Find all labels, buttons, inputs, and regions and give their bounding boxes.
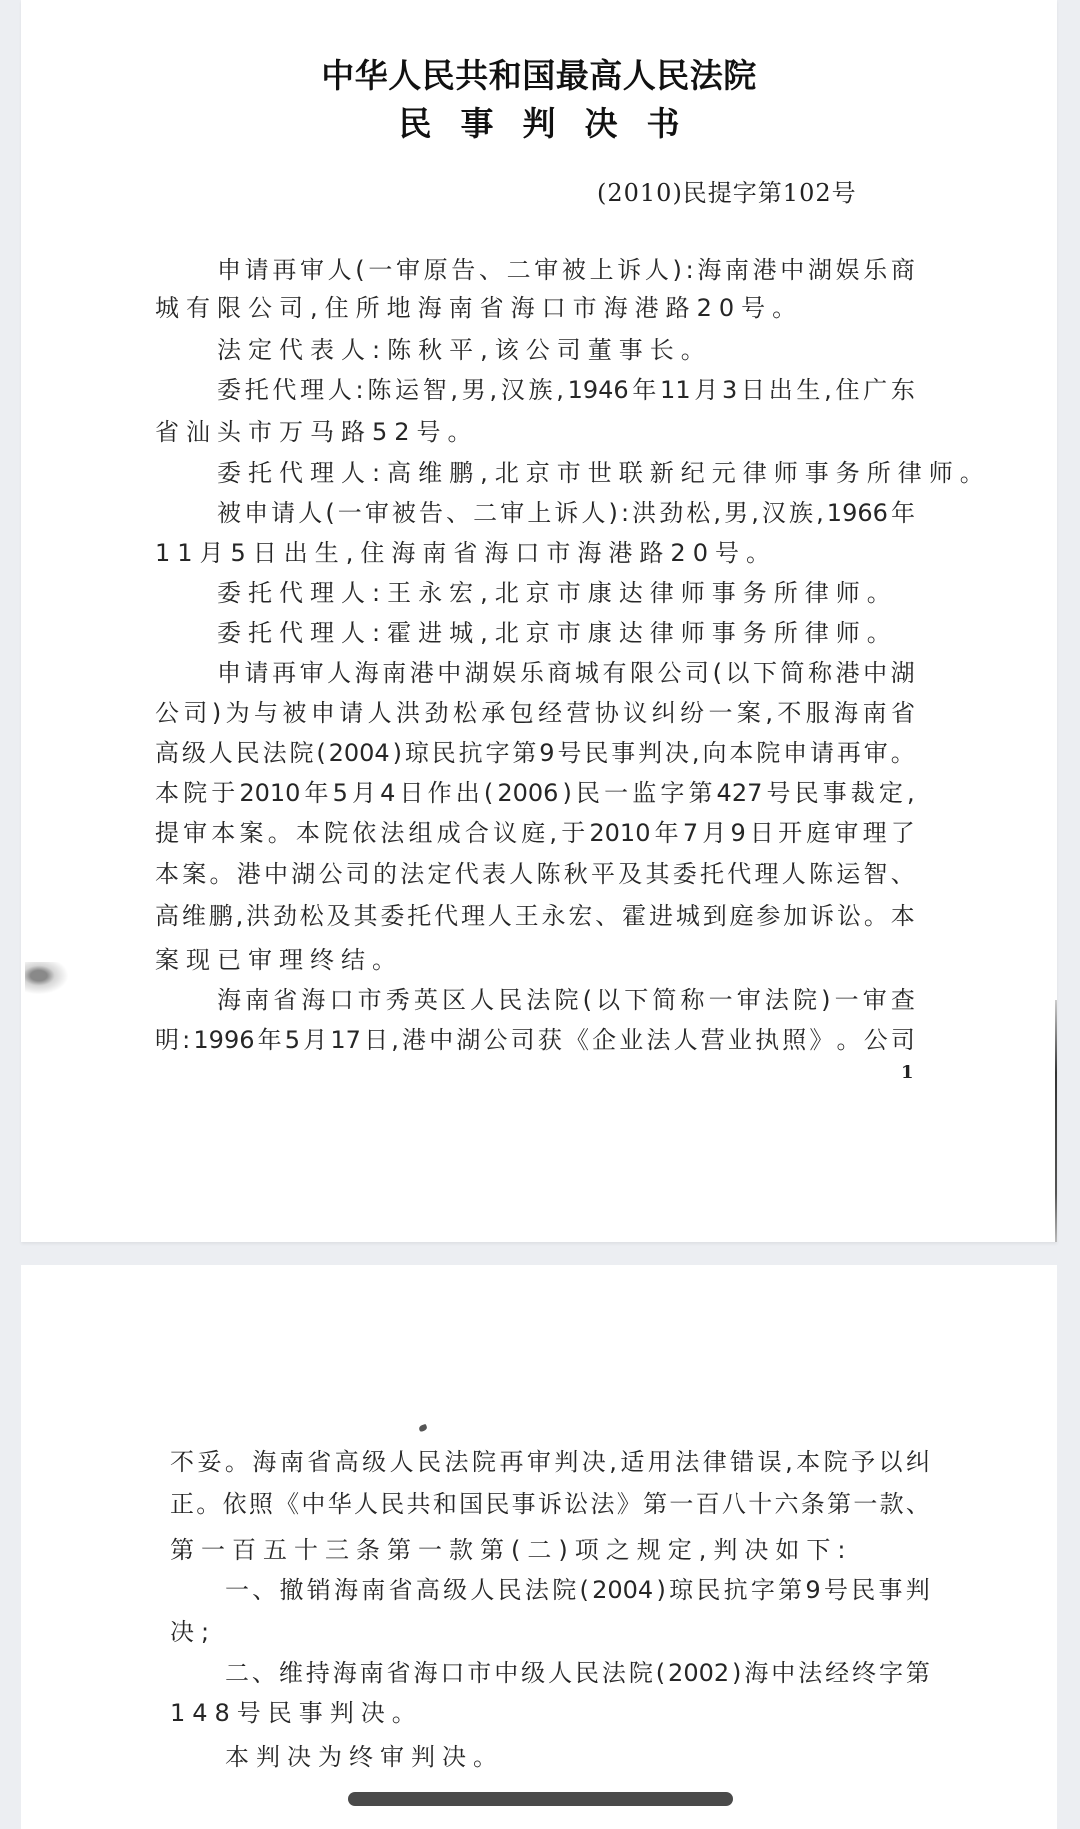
text-line: 海南省海口市秀英区人民法院(以下简称一审法院)一审查 — [217, 986, 915, 1014]
text-line: 被申请人(一审被告、二审上诉人):洪劲松,男,汉族,1966年 — [217, 499, 915, 527]
text-line: 明:1996年5月17日,港中湖公司获《企业法人营业执照》。公司 — [155, 1026, 915, 1054]
text-line: 二、维持海南省海口市中级人民法院(2002)海中法经终字第 — [225, 1659, 930, 1687]
text-line: 本院于2010年5月4日作出(2006)民一监字第427号民事裁定, — [155, 779, 915, 807]
text-line: 案现已审理终结。 — [155, 946, 403, 974]
text-line: 本案。港中湖公司的法定代表人陈秋平及其委托代理人陈运智、 — [155, 860, 915, 888]
case-number: (2010)民提字第102号 — [597, 173, 857, 208]
text-line: 申请再审人海南港中湖娱乐商城有限公司(以下简称港中湖 — [217, 659, 915, 687]
text-line: 委托代理人:陈运智,男,汉族,1946年11月3日出生,住广东 — [217, 376, 915, 404]
page-number: 1 — [901, 1062, 914, 1083]
text-line: 11月5日出生,住海南省海口市海港路20号。 — [155, 539, 777, 567]
text-line: 不妥。海南省高级人民法院再审判决,适用法律错误,本院予以纠 — [170, 1448, 930, 1476]
document-page-2: 不妥。海南省高级人民法院再审判决,适用法律错误,本院予以纠正。依照《中华人民共和… — [21, 1265, 1057, 1829]
text-line: 高级人民法院(2004)琼民抗字第9号民事判决,向本院申请再审。 — [155, 739, 915, 767]
text-line: 公司)为与被申请人洪劲松承包经营协议纠纷一案,不服海南省 — [155, 699, 915, 727]
text-line: 城有限公司,住所地海南省海口市海港路20号。 — [155, 294, 803, 322]
home-indicator[interactable] — [348, 1792, 733, 1806]
text-line: 委托代理人:高维鹏,北京市世联新纪元律师事务所律师。 — [217, 459, 991, 487]
document-type-title: 民事判决书 — [21, 98, 1057, 145]
text-line: 第一百五十三条第一款第(二)项之规定,判决如下: — [170, 1536, 852, 1564]
scan-smudge — [25, 962, 71, 996]
text-line: 委托代理人:霍进城,北京市康达律师事务所律师。 — [217, 619, 898, 647]
text-line: 申请再审人(一审原告、二审被上诉人):海南港中湖娱乐商 — [217, 256, 915, 284]
text-line: 提审本案。本院依法组成合议庭,于2010年7月9日开庭审理了 — [155, 819, 915, 847]
document-page-1: 中华人民共和国最高人民法院 民事判决书 (2010)民提字第102号 申请再审人… — [21, 0, 1057, 1242]
text-line: 决; — [170, 1618, 216, 1646]
scan-edge-line — [1055, 1000, 1057, 1242]
text-line: 本判决为终审判决。 — [225, 1743, 504, 1771]
text-line: 一、撤销海南省高级人民法院(2004)琼民抗字第9号民事判 — [225, 1576, 930, 1604]
scan-speck — [418, 1424, 428, 1432]
text-line: 委托代理人:王永宏,北京市康达律师事务所律师。 — [217, 579, 898, 607]
text-line: 法定代表人:陈秋平,该公司董事长。 — [217, 336, 712, 364]
text-line: 高维鹏,洪劲松及其委托代理人王永宏、霍进城到庭参加诉讼。本 — [155, 902, 915, 930]
court-title: 中华人民共和国最高人民法院 — [21, 50, 1057, 97]
text-line: 省汕头市万马路52号。 — [155, 418, 479, 446]
text-line: 正。依照《中华人民共和国民事诉讼法》第一百八十六条第一款、 — [170, 1490, 930, 1518]
text-line: 148号民事判决。 — [170, 1699, 423, 1727]
